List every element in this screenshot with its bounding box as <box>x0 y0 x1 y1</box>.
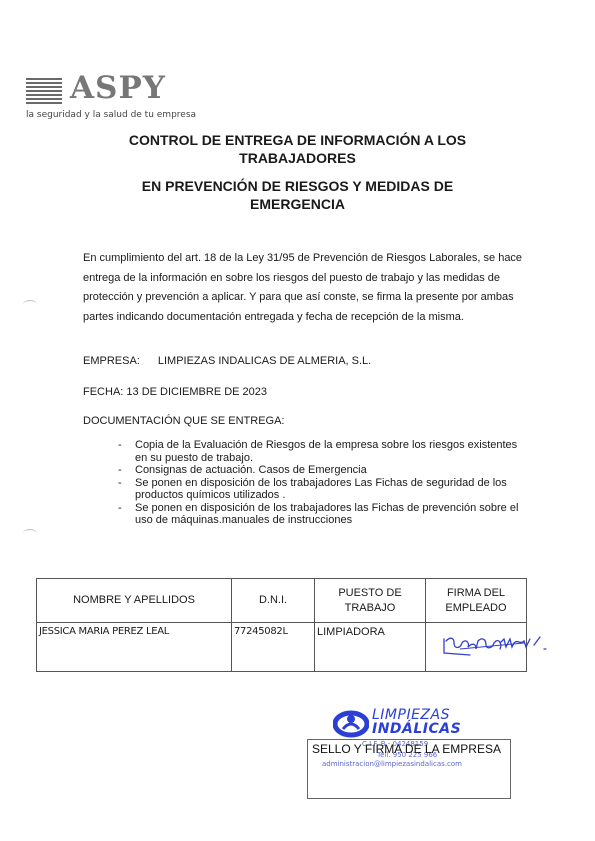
date-label: FECHA: <box>83 386 123 398</box>
header-dni: D.N.I. <box>232 579 315 623</box>
employee-dni: 77245082L <box>232 623 315 672</box>
list-item: Copia de la Evaluación de Riesgos de la … <box>118 439 528 464</box>
punch-hole-mark-icon <box>23 529 37 538</box>
list-item: Se ponen en disposición de los trabajado… <box>118 502 528 527</box>
documentation-heading: DOCUMENTACIÓN QUE SE ENTREGA: <box>83 415 284 427</box>
aspy-logo-mark-icon <box>26 78 62 106</box>
company-label: EMPRESA: <box>83 355 140 367</box>
stamp-label: SELLO Y FIRMA DE LA EMPRESA <box>312 742 501 756</box>
company-value: LIMPIEZAS INDALICAS DE ALMERIA, S.L. <box>158 355 371 367</box>
documentation-list: Copia de la Evaluación de Riesgos de la … <box>118 439 528 527</box>
employee-position: LIMPIADORA <box>315 623 426 672</box>
header-position: PUESTO DE TRABAJO <box>315 579 426 623</box>
header-name: NOMBRE Y APELLIDOS <box>37 579 232 623</box>
stamp-brand: LIMPIEZAS INDÁLICAS <box>372 708 461 736</box>
header-signature: FIRMA DEL EMPLEADO <box>426 579 527 623</box>
list-item: Consignas de actuación. Casos de Emergen… <box>118 464 528 477</box>
employee-signature-icon <box>440 633 550 659</box>
employee-name: JESSICA MARIA PEREZ LEAL <box>37 623 232 672</box>
list-item: Se ponen en disposición de los trabajado… <box>118 477 528 502</box>
logo-tagline: la seguridad y la salud de tu empresa <box>26 110 196 120</box>
document-subtitle: EN PREVENCIÓN DE RIESGOS Y MEDIDAS DE EM… <box>0 177 595 213</box>
document-title: CONTROL DE ENTREGA DE INFORMACIÓN A LOS … <box>0 131 595 167</box>
intro-paragraph: En cumplimiento del art. 18 de la Ley 31… <box>83 249 523 327</box>
date-value: 13 DE DICIEMBRE DE 2023 <box>126 386 267 398</box>
table-header-row: NOMBRE Y APELLIDOS D.N.I. PUESTO DE TRAB… <box>37 579 527 623</box>
date-field: FECHA: 13 DE DICIEMBRE DE 2023 <box>83 386 267 398</box>
company-field: EMPRESA:LIMPIEZAS INDALICAS DE ALMERIA, … <box>83 355 371 367</box>
punch-hole-mark-icon <box>23 300 37 309</box>
logo-text: ASPY <box>70 70 166 106</box>
